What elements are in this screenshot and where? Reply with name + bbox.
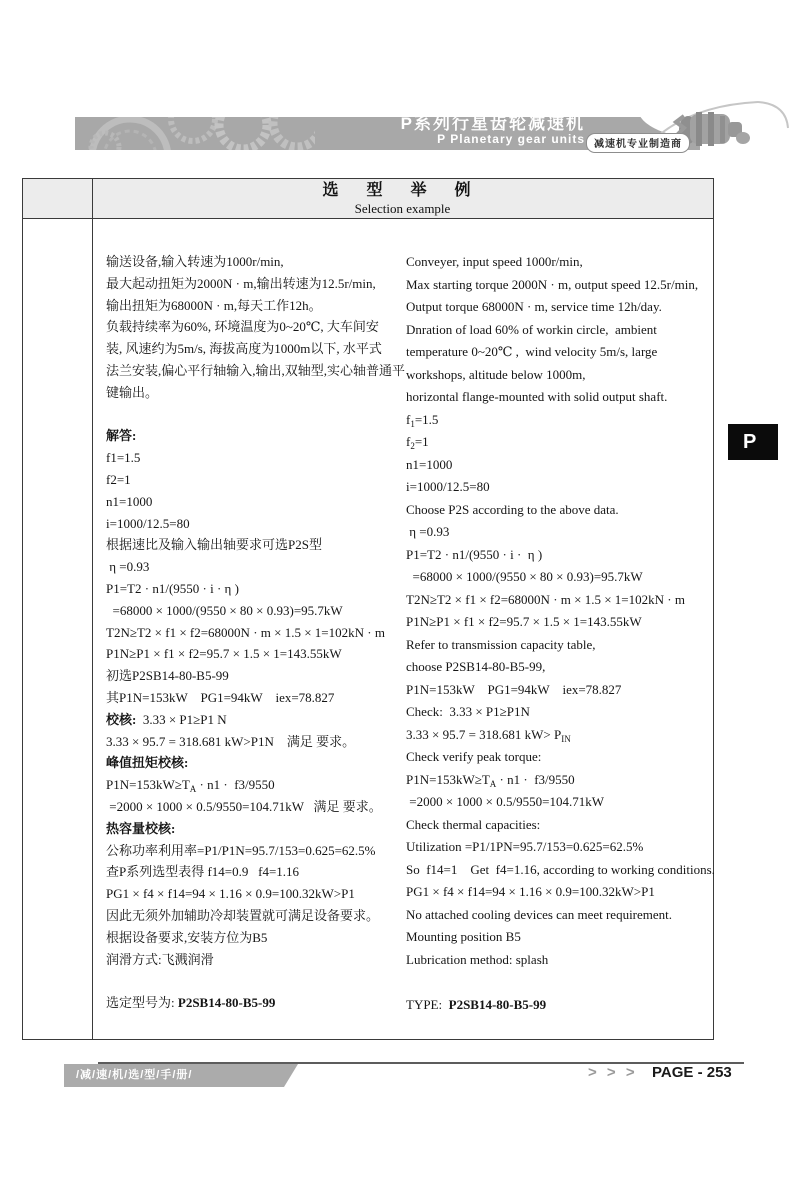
- section-title-zh: 选 型 举 例: [92, 181, 713, 201]
- text-line: f2=1: [106, 469, 402, 491]
- column-divider: [92, 179, 93, 1039]
- manufacturer-badge: 减速机专业制造商: [586, 133, 690, 153]
- text-line: Lubrication method: splash: [406, 949, 712, 972]
- text-line: n1=1000: [406, 454, 712, 477]
- text-line: 输出扭矩为68000N · m,每天工作12h。: [106, 295, 402, 317]
- text-line: Dnration of load 60% of workin circle, a…: [406, 319, 712, 342]
- text-line: P1=T2 · n1/(9550 · i · η ): [406, 544, 712, 567]
- text-line: 装, 风速约为5m/s, 海拔高度为1000m以下, 水平式: [106, 338, 402, 360]
- text-line: Conveyer, input speed 1000r/min,: [406, 251, 712, 274]
- text-line: 根据速比及输入输出轴要求可选P2S型: [106, 534, 402, 556]
- text-line: 选定型号为: P2SB14-80-B5-99: [106, 992, 402, 1014]
- text-line: 3.33 × 95.7 = 318.681 kW> PIN: [406, 724, 712, 747]
- text-line: P1N≥P1 × f1 × f2=95.7 × 1.5 × 1=143.55kW: [106, 643, 402, 665]
- text-line: TYPE: P2SB14-80-B5-99: [406, 994, 712, 1017]
- text-line: η =0.93: [406, 521, 712, 544]
- chinese-text-column: 输送设备,输入转速为1000r/min,最大起动扭矩为2000N · m,输出转…: [106, 251, 402, 1014]
- text-line: f1=1.5: [406, 409, 712, 432]
- text-line: 解答:: [106, 425, 402, 447]
- text-line: f2=1: [406, 431, 712, 454]
- text-line: [106, 404, 402, 426]
- text-line: 负载持续率为60%, 环境温度为0~20℃, 大车间安: [106, 316, 402, 338]
- text-line: 键输出。: [106, 382, 402, 404]
- text-line: P1=T2 · n1/(9550 · i · η ): [106, 578, 402, 600]
- text-line: Output torque 68000N · m, service time 1…: [406, 296, 712, 319]
- text-line: workshops, altitude below 1000m,: [406, 364, 712, 387]
- text-line: Choose P2S according to the above data.: [406, 499, 712, 522]
- catalog-page: P系列行星齿轮减速机 P Planetary gear units 减速机专业制…: [0, 0, 800, 1200]
- text-line: 3.33 × 95.7 = 318.681 kW>P1N 满足 要求。: [106, 731, 402, 753]
- text-line: 其P1N=153kW PG1=94kW iex=78.827: [106, 687, 402, 709]
- text-line: PG1 × f4 × f14=94 × 1.16 × 0.9=100.32kW>…: [406, 881, 712, 904]
- text-line: Max starting torque 2000N · m, output sp…: [406, 274, 712, 297]
- text-line: 峰值扭矩校核:: [106, 752, 402, 774]
- text-line: Mounting position B5: [406, 926, 712, 949]
- text-line: temperature 0~20℃ , wind velocity 5m/s, …: [406, 341, 712, 364]
- text-line: [106, 970, 402, 992]
- text-line: 因此无须外加辅助冷却装置就可满足设备要求。: [106, 905, 402, 927]
- content-frame: 选 型 举 例 Selection example 输送设备,输入转速为1000…: [22, 178, 714, 1040]
- text-line: [406, 971, 712, 994]
- text-line: Check thermal capacities:: [406, 814, 712, 837]
- text-line: 最大起动扭矩为2000N · m,输出转速为12.5r/min,: [106, 273, 402, 295]
- text-line: No attached cooling devices can meet req…: [406, 904, 712, 927]
- text-line: Utilization =P1/1PN=95.7/153=0.625=62.5%: [406, 836, 712, 859]
- text-line: Check verify peak torque:: [406, 746, 712, 769]
- text-line: =2000 × 1000 × 0.5/9550=104.71kW 满足 要求。: [106, 796, 402, 818]
- series-tab-p: P: [728, 424, 778, 460]
- text-line: horizontal flange-mounted with solid out…: [406, 386, 712, 409]
- section-title-en: Selection example: [92, 201, 713, 217]
- english-text-column: Conveyer, input speed 1000r/min,Max star…: [406, 251, 712, 1016]
- text-line: choose P2SB14-80-B5-99,: [406, 656, 712, 679]
- text-line: So f14=1 Get f4=1.16, according to worki…: [406, 859, 712, 882]
- text-line: P1N≥P1 × f1 × f2=95.7 × 1.5 × 1=143.55kW: [406, 611, 712, 634]
- banner-title-block: P系列行星齿轮减速机 P Planetary gear units: [0, 114, 585, 146]
- text-line: 查P系列选型表得 f14=0.9 f4=1.16: [106, 861, 402, 883]
- text-line: 根据设备要求,安装方位为B5: [106, 927, 402, 949]
- text-line: T2N≥T2 × f1 × f2=68000N · m × 1.5 × 1=10…: [106, 622, 402, 644]
- text-line: 润滑方式:飞溅润滑: [106, 949, 402, 971]
- text-line: P1N=153kW≥TA · n1 · f3/9550: [106, 774, 402, 796]
- banner-title-zh: P系列行星齿轮减速机: [0, 114, 585, 133]
- page-number: PAGE - 253: [652, 1064, 732, 1081]
- text-line: T2N≥T2 × f1 × f2=68000N · m × 1.5 × 1=10…: [406, 589, 712, 612]
- text-line: 法兰安装,偏心平行轴输入,输出,双轴型,实心轴普通平: [106, 360, 402, 382]
- text-line: P1N=153kW≥TA · n1 · f3/9550: [406, 769, 712, 792]
- text-line: 初选P2SB14-80-B5-99: [106, 665, 402, 687]
- text-line: i=1000/12.5=80: [406, 476, 712, 499]
- banner-title-en: P Planetary gear units: [0, 133, 585, 146]
- text-line: =68000 × 1000/(9550 × 80 × 0.93)=95.7kW: [406, 566, 712, 589]
- text-line: n1=1000: [106, 491, 402, 513]
- text-line: =2000 × 1000 × 0.5/9550=104.71kW: [406, 791, 712, 814]
- footer-rule: [98, 1062, 744, 1064]
- text-line: 公称功率利用率=P1/P1N=95.7/153=0.625=62.5%: [106, 840, 402, 862]
- text-line: =68000 × 1000/(9550 × 80 × 0.93)=95.7kW: [106, 600, 402, 622]
- footer-book-title: /减/速/机/选/型/手/册/: [64, 1064, 298, 1087]
- text-line: 热容量校核:: [106, 818, 402, 840]
- text-line: P1N=153kW PG1=94kW iex=78.827: [406, 679, 712, 702]
- text-line: Refer to transmission capacity table,: [406, 634, 712, 657]
- text-line: Check: 3.33 × P1≥P1N: [406, 701, 712, 724]
- text-line: 校核: 3.33 × P1≥P1 N: [106, 709, 402, 731]
- text-line: PG1 × f4 × f14=94 × 1.16 × 0.9=100.32kW>…: [106, 883, 402, 905]
- text-line: η =0.93: [106, 556, 402, 578]
- text-line: f1=1.5: [106, 447, 402, 469]
- section-title-block: 选 型 举 例 Selection example: [92, 181, 713, 217]
- footer-arrows-icon: > > >: [588, 1064, 638, 1081]
- text-line: i=1000/12.5=80: [106, 513, 402, 535]
- text-line: 输送设备,输入转速为1000r/min,: [106, 251, 402, 273]
